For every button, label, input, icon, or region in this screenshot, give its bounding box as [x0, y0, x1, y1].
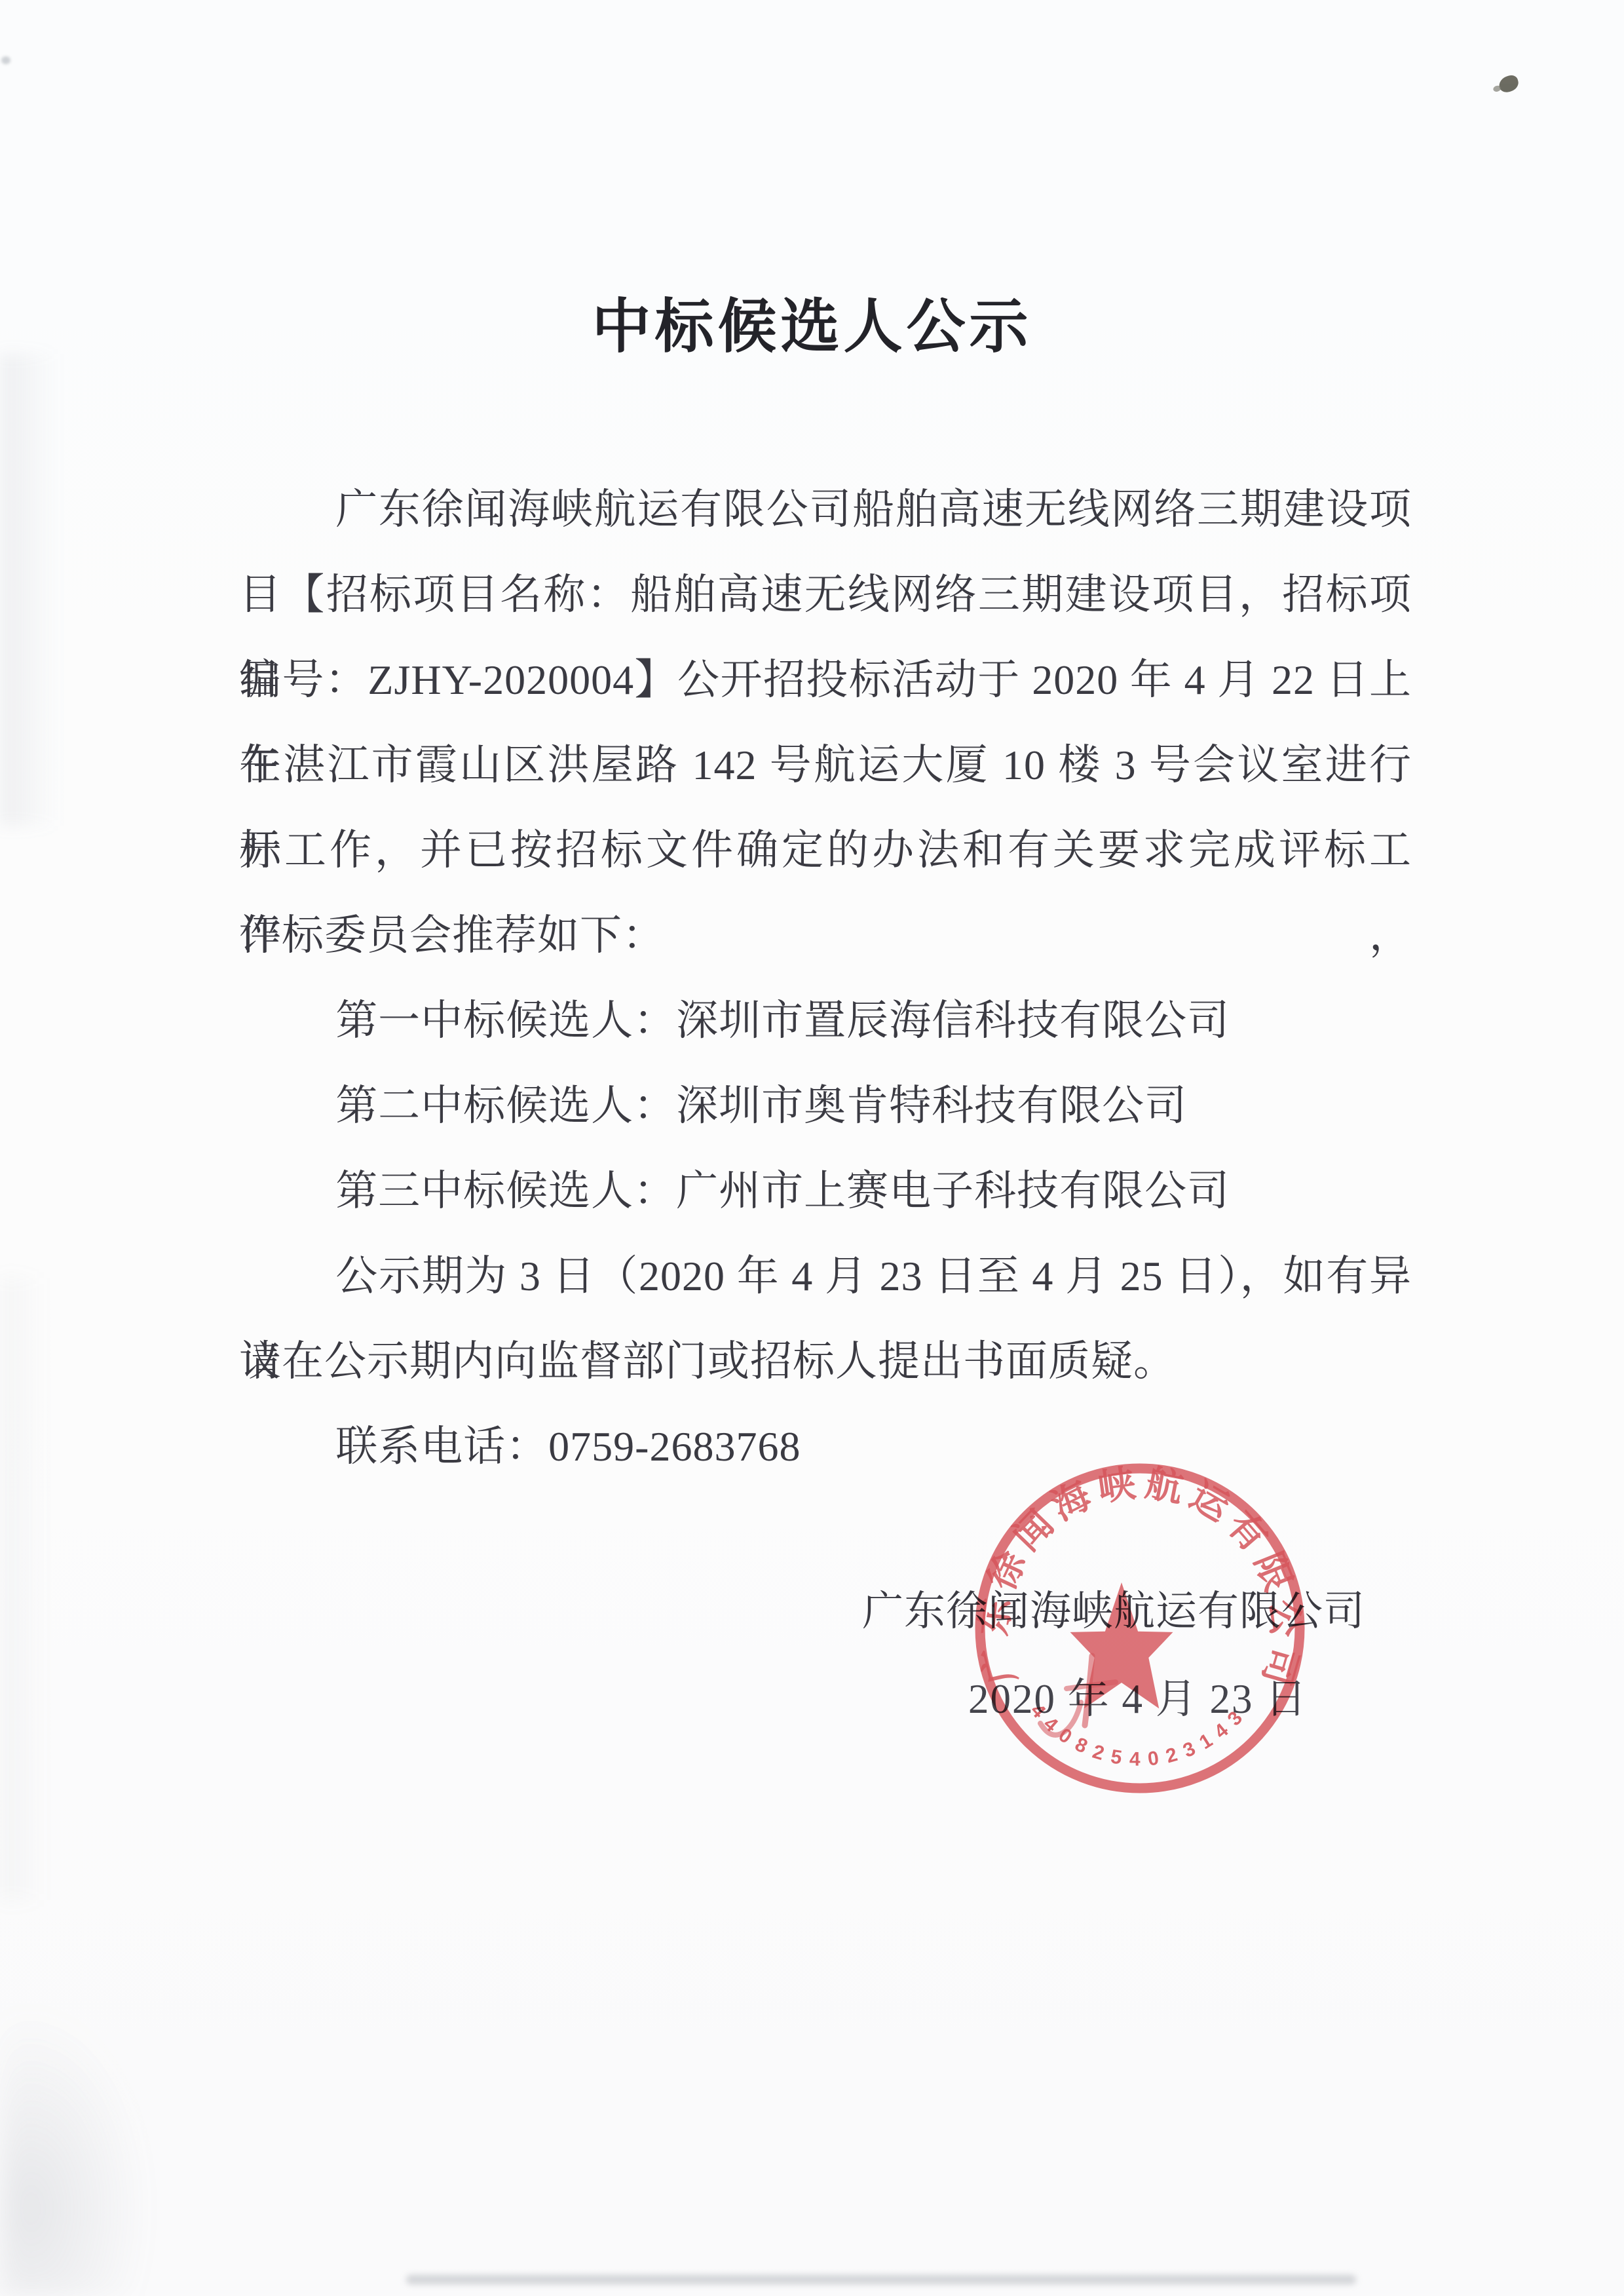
- seal-stroke-mark: [1085, 1656, 1092, 1725]
- scan-shade: [0, 2005, 151, 2296]
- scan-smudge: [1, 56, 10, 64]
- body-line: 编号：ZJHY-2020004】公开招投标活动于 2020 年 4 月 22 日…: [239, 638, 1412, 723]
- body-line: 标工作，并已按招标文件确定的办法和有关要求完成评标工作，: [239, 808, 1412, 893]
- body-line: 请在公示期内向监督部门或招标人提出书面质疑。: [239, 1319, 1412, 1404]
- body-line: 第一中标候选人：深圳市置辰海信科技有限公司: [239, 978, 1412, 1063]
- scan-shade: [0, 354, 59, 826]
- body-line: 目【招标项目名称：船舶高速无线网络三期建设项目，招标项目: [239, 552, 1412, 638]
- body-paragraphs: 广东徐闻海峡航运有限公司船舶高速无线网络三期建设项目【招标项目名称：船舶高速无线…: [239, 467, 1412, 1489]
- star-icon: [1070, 1582, 1173, 1708]
- company-seal-stamp: 广东徐闻海峡航运有限公司 4408254023143: [956, 1445, 1323, 1812]
- body-line: 广东徐闻海峡航运有限公司船舶高速无线网络三期建设项: [239, 467, 1412, 552]
- document-title: 中标候选人公示: [0, 278, 1624, 364]
- body-line: 第二中标候选人：深圳市奥肯特科技有限公司: [239, 1063, 1412, 1149]
- scan-shade: [0, 1278, 46, 1900]
- scan-smudge: [1497, 74, 1520, 94]
- body-line: 在湛江市霞山区洪屋路 142 号航运大厦 10 楼 3 号会议室进行开: [239, 723, 1412, 808]
- body-line: 公示期为 3 日（2020 年 4 月 23 日至 4 月 25 日），如有异议: [239, 1234, 1412, 1319]
- document-page: 中标候选人公示 广东徐闻海峡航运有限公司船舶高速无线网络三期建设项目【招标项目名…: [0, 0, 1624, 2296]
- scan-streak: [406, 2275, 1356, 2284]
- body-line: 第三中标候选人：广州市上赛电子科技有限公司: [239, 1149, 1412, 1234]
